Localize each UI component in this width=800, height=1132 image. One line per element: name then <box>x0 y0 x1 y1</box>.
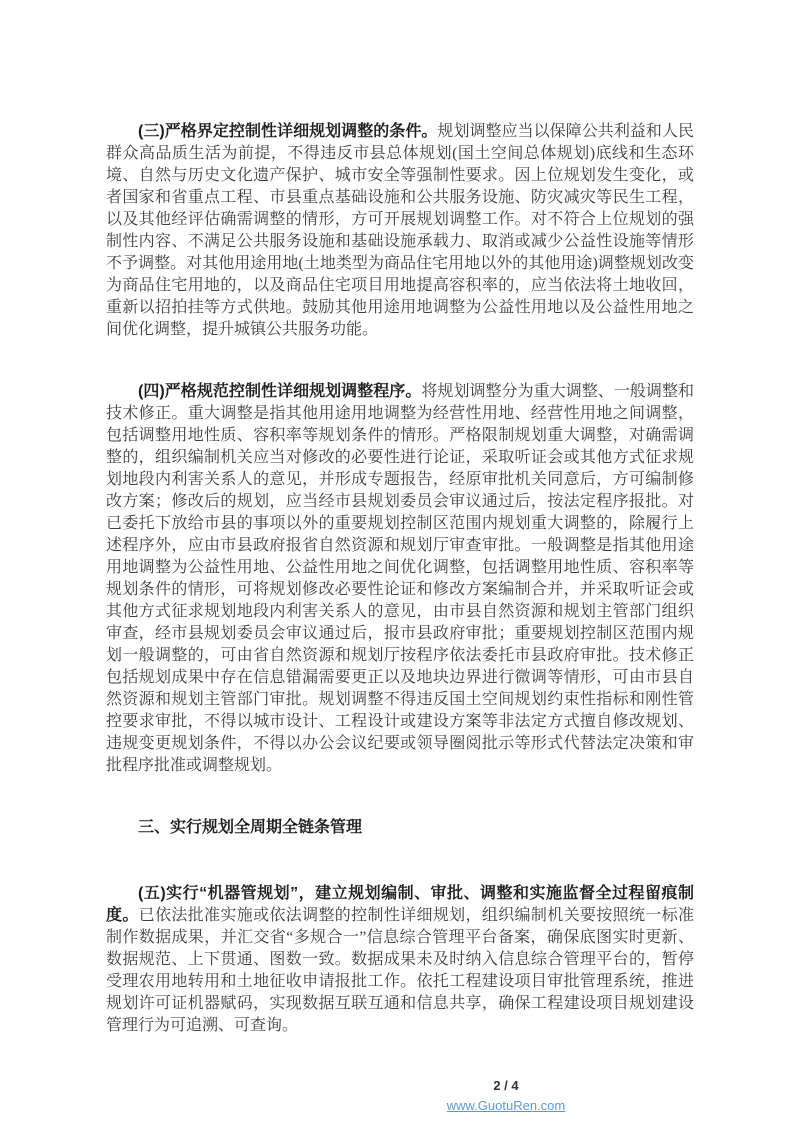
section-heading: 三、实行规划全周期全链条管理 <box>106 817 694 839</box>
document-page: (三)严格界定控制性详细规划调整的条件。规划调整应当以保障公共利益和人民群众高品… <box>0 0 800 1132</box>
paragraph-4-text: 将规划调整分为重大调整、一般调整和技术修正。重大调整是指其他用途用地调整为经营性… <box>106 383 694 774</box>
paragraph-3-text: 规划调整应当以保障公共利益和人民群众高品质生活为前提，不得违反市县总体规划(国土… <box>106 123 694 338</box>
paragraph-4-lead: (四)严格规范控制性详细规划调整程序。 <box>138 383 421 400</box>
website-link[interactable]: www.GuotuRen.com <box>447 1097 566 1115</box>
paragraph-item-5: (五)实行“机器管规划”，建立规划编制、审批、调整和实施监督全过程留痕制度。已依… <box>106 883 694 1037</box>
paragraph-5-text: 已依法批准实施或依法调整的控制性详细规划，组织编制机关要按照统一标准制作数据成果… <box>106 907 694 1034</box>
page-number-indicator: 2 / 4 <box>212 1077 800 1095</box>
paragraph-item-3: (三)严格界定控制性详细规划调整的条件。规划调整应当以保障公共利益和人民群众高品… <box>106 121 694 341</box>
paragraph-item-4: (四)严格规范控制性详细规划调整程序。将规划调整分为重大调整、一般调整和技术修正… <box>106 381 694 777</box>
document-content: (三)严格界定控制性详细规划调整的条件。规划调整应当以保障公共利益和人民群众高品… <box>106 0 694 1117</box>
page-footer: 2 / 4 www.GuotuRen.com <box>212 1077 800 1117</box>
paragraph-3-lead: (三)严格界定控制性详细规划调整的条件。 <box>138 123 437 140</box>
